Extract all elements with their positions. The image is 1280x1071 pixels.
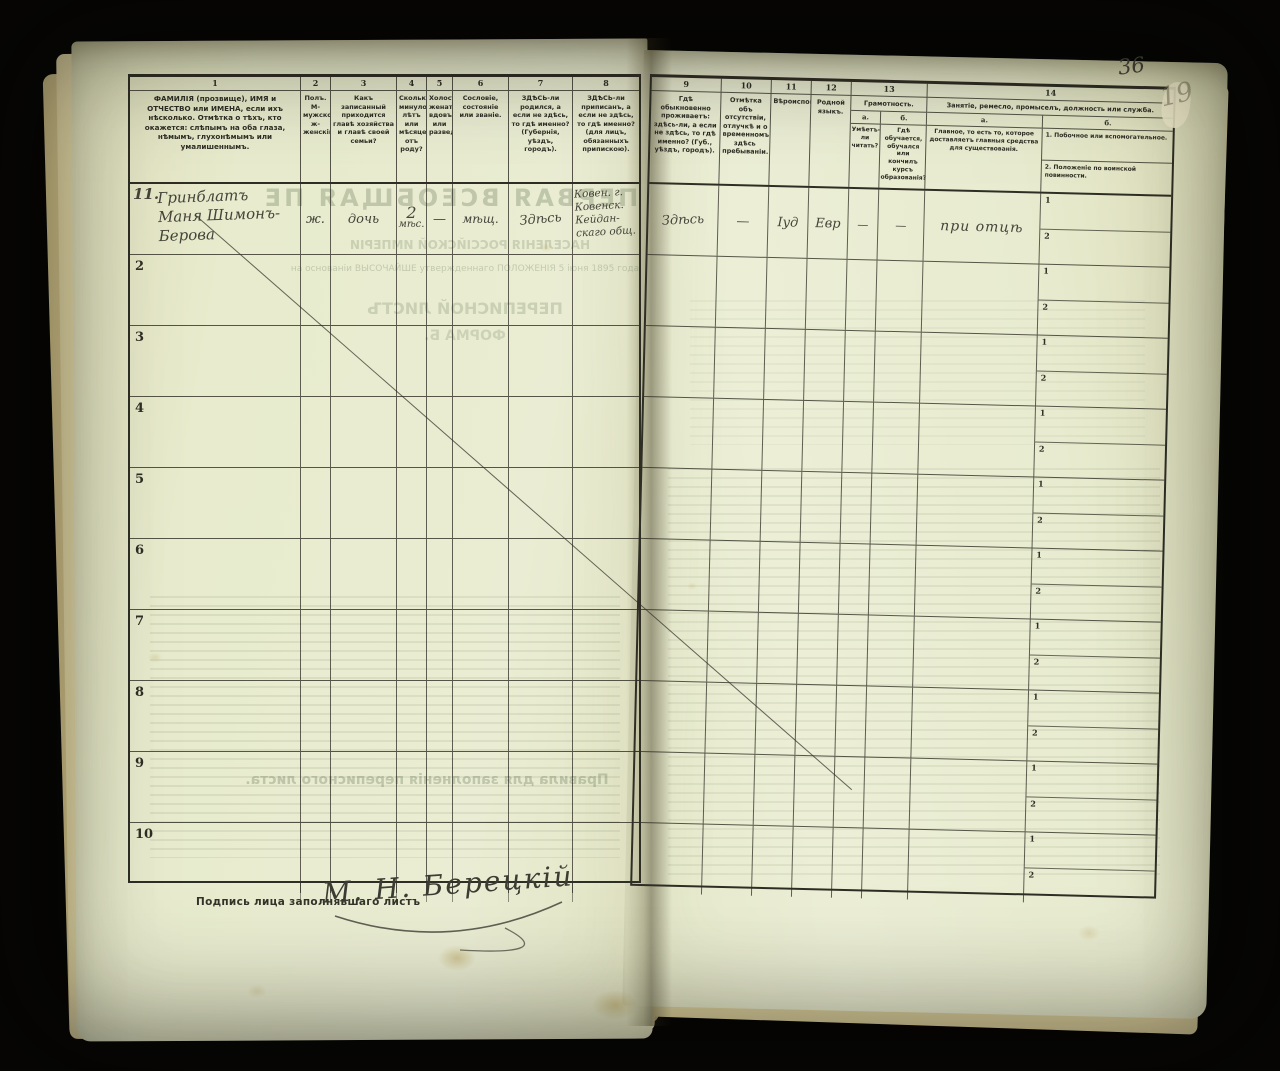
- empty-cell: [757, 613, 799, 684]
- occupation-b1-half: 1: [1030, 619, 1161, 658]
- sub-row-label: 1: [1031, 763, 1037, 773]
- name-cell: 2: [130, 255, 301, 325]
- entry-residence-cell: Здѣсь: [648, 184, 720, 256]
- occupation-b1-half: 1: [1028, 690, 1159, 729]
- column-header-12: 12 Родной языкъ.: [809, 81, 852, 187]
- column-number: 4: [397, 77, 426, 91]
- empty-cell: [797, 614, 839, 685]
- paper-stain: [247, 984, 267, 998]
- empty-cell: [301, 255, 331, 325]
- empty-cell: [573, 752, 639, 822]
- empty-cell: [802, 401, 844, 472]
- occupation-b2-half: 2: [1036, 371, 1167, 409]
- row-number: 7: [130, 612, 144, 629]
- sub-row-label: 2: [1032, 727, 1038, 737]
- empty-cell: [397, 539, 427, 609]
- empty-cell: [397, 752, 427, 822]
- empty-cell: [331, 468, 397, 538]
- literacy-subheaders: Умѣетъ-ли читать? Гдѣ обучается, обучалс…: [849, 124, 926, 189]
- empty-cell: [397, 326, 427, 396]
- entry-occupation-cell: при отцѣ: [924, 191, 1042, 264]
- empty-cell: [453, 681, 509, 751]
- empty-cell: [331, 752, 397, 822]
- column-header-2: 2 Полъ. М-мужской. ж-женскій.: [301, 77, 331, 182]
- name-cell: 7: [130, 610, 301, 680]
- empty-cell: [397, 681, 427, 751]
- column-header-4: 4 Сколько минуло лѣтъ или мѣсяцевъ отъ р…: [397, 77, 427, 182]
- entry-literacy-a: —: [848, 189, 879, 260]
- name-cell: 6: [130, 539, 301, 609]
- literacy-a-text: Умѣетъ-ли читать?: [849, 124, 881, 188]
- census-sheet-scan: ПЕРВАЯ ВСЕОБЩАЯ ПЕ НАСЕЛЕНІЯ РОССІЙСКОЙ …: [0, 0, 1280, 1071]
- sublabel-b: б.: [881, 112, 927, 125]
- empty-cell: [834, 757, 866, 828]
- empty-cell: [918, 404, 1036, 477]
- entry-residence: Здѣсь: [647, 183, 719, 256]
- paper-stain: [1078, 925, 1100, 941]
- column-title: ЗДѢСЬ-ли приписанъ, а если не здѣсь, то …: [573, 91, 639, 182]
- column-header-8: 8 ЗДѢСЬ-ли приписанъ, а если не здѣсь, т…: [573, 77, 639, 182]
- occupation-b-cell: 1 2: [1024, 832, 1156, 905]
- column-header-13-literacy: 13 Грамотность. а. б. Умѣетъ-ли читать? …: [849, 82, 928, 189]
- occupation-b2-half: 2: [1029, 655, 1160, 693]
- empty-cell: [301, 397, 331, 467]
- occupation-b2-half: 2: [1027, 726, 1158, 764]
- entry-marital: —: [427, 184, 452, 254]
- table-row: 1 2: [635, 681, 1159, 765]
- sheet-number: 36: [1117, 52, 1146, 79]
- occupation-b2-half: 2: [1033, 513, 1164, 551]
- table-row: 1 2: [646, 255, 1170, 339]
- table-row: 6: [130, 539, 639, 610]
- empty-cell: [835, 686, 867, 757]
- column-title: Гдѣ обыкновенно проживаетъ: здѣсь-ли, а …: [649, 91, 720, 184]
- empty-cell: [453, 326, 509, 396]
- empty-cell: [755, 684, 797, 755]
- column-number: 6: [453, 77, 508, 91]
- empty-cell: [799, 543, 841, 614]
- empty-cell: [453, 610, 509, 680]
- empty-cell: [644, 326, 716, 398]
- empty-cell: [632, 823, 704, 895]
- empty-cell: [509, 468, 573, 538]
- column-title: ЗДѢСЬ-ли родился, а если не здѣсь, то гд…: [509, 91, 572, 182]
- entry-religion-cell: Іуд: [768, 187, 810, 258]
- occupation-b-cell: 1 2: [1026, 761, 1158, 834]
- occupation-b1-text: 1. Побочное или вспомогательное.: [1042, 129, 1173, 164]
- entry-absence-cell: —: [718, 186, 770, 257]
- empty-cell: [427, 255, 453, 325]
- occupation-b1-half: 1: [1039, 265, 1170, 304]
- entry-religion: Іуд: [768, 187, 809, 258]
- empty-cell: [910, 759, 1028, 832]
- column-number: 11: [772, 80, 811, 95]
- empty-cell: [573, 326, 639, 396]
- handwritten-row-number: 11.: [133, 185, 159, 203]
- empty-cell: [842, 402, 874, 473]
- empty-cell: [876, 261, 924, 332]
- column-title: Отмѣтка объ отсутствіи, отлучкѣ и о врем…: [719, 93, 770, 185]
- empty-cell: [427, 681, 453, 751]
- occupation-b1-half: 1: [1033, 478, 1164, 517]
- column-number: 3: [331, 77, 396, 91]
- table-row-entry: Здѣсь — Іуд Евр — — при отцѣ 1 2: [648, 184, 1172, 268]
- empty-cell: [864, 757, 912, 828]
- entry-registration: Ковен. г. Ковенск. Кейдан- скаго общ.: [574, 185, 637, 240]
- sub-row-label: 1: [1029, 834, 1035, 844]
- occupation-b-cell: 1 2: [1036, 336, 1168, 409]
- empty-cell: [509, 397, 573, 467]
- empty-cell: [641, 468, 713, 540]
- entry-literacy-a-cell: —: [848, 189, 880, 260]
- empty-cell: [709, 541, 761, 612]
- occupation-b2-half: 2: [1034, 442, 1165, 480]
- empty-cell: [922, 262, 1040, 335]
- row-number: 10: [130, 825, 153, 842]
- column-header-1: 1 ФАМИЛІЯ (прозвище), ИМЯ и ОТЧЕСТВО или…: [130, 77, 301, 182]
- column-header-6: 6 Сословіе, состояніе или званіе.: [453, 77, 509, 182]
- empty-cell: [453, 255, 509, 325]
- empty-cell: [646, 255, 718, 327]
- empty-cell: [397, 610, 427, 680]
- sub-row-label: 2: [1044, 230, 1050, 240]
- table-row: 9: [130, 752, 639, 823]
- column-header-14-occupation: 14 Занятіе, ремесло, промыселъ, должност…: [925, 84, 1173, 195]
- occupation-b1-half: 1: [1025, 832, 1156, 871]
- empty-cell: [913, 617, 1031, 690]
- entry-marital-cell: —: [427, 184, 453, 254]
- empty-cell: [453, 468, 509, 538]
- row-number: 3: [130, 328, 144, 345]
- entry-age-cell: 2 мѣс.: [397, 184, 427, 254]
- table-row: 1 2: [642, 397, 1166, 481]
- left-body: 11. Гринблатъ Маня Шимонъ- Берова ж. доч…: [130, 184, 639, 893]
- row-number: 9: [130, 754, 144, 771]
- occupation-subheaders: Главное, то есть то, которое доставляетъ…: [925, 126, 1172, 195]
- empty-cell: [331, 681, 397, 751]
- empty-cell: [331, 610, 397, 680]
- empty-cell: [301, 468, 331, 538]
- occupation-b2-half: 2: [1024, 868, 1155, 906]
- occupation-b-cell: 1 2: [1038, 265, 1170, 338]
- column-header-9: 9 Гдѣ обыкновенно проживаетъ: здѣсь-ли, …: [649, 77, 722, 184]
- table-row: 1 2: [634, 752, 1158, 836]
- empty-cell: [573, 255, 639, 325]
- empty-cell: [301, 681, 331, 751]
- empty-cell: [301, 539, 331, 609]
- empty-cell: [908, 830, 1026, 903]
- table-row: 1 2: [641, 468, 1165, 552]
- empty-cell: [714, 328, 766, 399]
- occupation-b-cell: 1 2: [1029, 619, 1161, 692]
- empty-cell: [832, 828, 864, 899]
- column-title: Какъ записанный приходится главѣ хозяйст…: [331, 91, 396, 182]
- occupation-b-cell: 1 2: [1033, 478, 1165, 551]
- empty-cell: [837, 615, 869, 686]
- table-row-entry: 11. Гринблатъ Маня Шимонъ- Берова ж. доч…: [130, 184, 639, 255]
- name-cell: 8: [130, 681, 301, 751]
- entry-name-line: Берова: [158, 223, 281, 246]
- table-row: 7: [130, 610, 639, 681]
- sub-row-label: 2: [1037, 514, 1043, 524]
- occupation-b1-half: 1: [1026, 761, 1157, 800]
- sub-row-label: 1: [1040, 408, 1046, 418]
- sub-row-label: 2: [1034, 656, 1040, 666]
- empty-cell: [764, 329, 806, 400]
- name-cell: 10: [130, 823, 301, 893]
- paper-stain: [540, 243, 552, 252]
- empty-cell: [846, 260, 878, 331]
- column-header-10: 10 Отмѣтка объ отсутствіи, отлучкѣ и о в…: [719, 79, 772, 185]
- column-number: 5: [427, 77, 452, 91]
- sub-row-label: 1: [1041, 337, 1047, 347]
- row-number: 2: [130, 257, 144, 274]
- name-cell: 4: [130, 397, 301, 467]
- entry-literacy-b-cell: —: [878, 190, 926, 261]
- empty-cell: [331, 539, 397, 609]
- empty-cell: [792, 827, 834, 898]
- paper-stain: [592, 990, 638, 1020]
- empty-cell: [509, 255, 573, 325]
- empty-cell: [862, 828, 910, 899]
- paper-stain: [148, 652, 162, 663]
- empty-cell: [637, 610, 709, 682]
- row-number: 4: [130, 399, 144, 416]
- sub-row-label: 1: [1035, 621, 1041, 631]
- empty-cell: [301, 326, 331, 396]
- empty-cell: [642, 397, 714, 469]
- entry-language: Евр: [808, 188, 849, 259]
- empty-cell: [869, 545, 917, 616]
- empty-cell: [331, 397, 397, 467]
- empty-cell: [804, 330, 846, 401]
- empty-cell: [635, 681, 707, 753]
- column-title: Вѣроисповѣданіе.: [769, 94, 810, 186]
- entry-age-value: 2: [406, 207, 416, 219]
- empty-cell: [573, 823, 639, 893]
- paper-stain: [438, 945, 476, 971]
- occupation-b-cell: 1 2: [1031, 548, 1163, 621]
- empty-cell: [331, 255, 397, 325]
- empty-cell: [762, 400, 804, 471]
- empty-cell: [794, 756, 836, 827]
- row-number: 8: [130, 683, 144, 700]
- table-header-right: 9 Гдѣ обыкновенно проживаетъ: здѣсь-ли, …: [649, 77, 1173, 197]
- entry-sex: ж.: [301, 184, 330, 254]
- empty-cell: [806, 259, 848, 330]
- empty-cell: [573, 681, 639, 751]
- occupation-b1-half: 1: [1037, 336, 1168, 375]
- sub-row-label: 2: [1041, 372, 1047, 382]
- column-header-7: 7 ЗДѢСЬ-ли родился, а если не здѣсь, то …: [509, 77, 573, 182]
- table-row: 2: [130, 255, 639, 326]
- empty-cell: [911, 688, 1029, 761]
- table-row: 5: [130, 468, 639, 539]
- empty-cell: [705, 683, 757, 754]
- empty-cell: [427, 610, 453, 680]
- sub-row-label: 2: [1042, 301, 1048, 311]
- empty-cell: [711, 470, 763, 541]
- entry-relation-cell: дочь: [331, 184, 397, 254]
- empty-cell: [915, 546, 1033, 619]
- entry-name-cell: 11. Гринблатъ Маня Шимонъ- Берова: [130, 184, 301, 254]
- table-row: 3: [130, 326, 639, 397]
- empty-cell: [509, 539, 573, 609]
- empty-cell: [702, 825, 754, 896]
- entry-registration-cell: Ковен. г. Ковенск. Кейдан- скаго общ.: [573, 184, 639, 254]
- column-title: ФАМИЛІЯ (прозвище), ИМЯ и ОТЧЕСТВО или И…: [130, 91, 300, 182]
- name-cell: 9: [130, 752, 301, 822]
- empty-cell: [427, 752, 453, 822]
- literacy-b-text: Гдѣ обучается, обучался или кончилъ курс…: [879, 125, 927, 189]
- entry-sex-cell: ж.: [301, 184, 331, 254]
- entry-registration-line: скаго общ.: [576, 224, 637, 240]
- empty-cell: [712, 399, 764, 470]
- empty-cell: [301, 610, 331, 680]
- occupation-b1-half: 1: [1035, 407, 1166, 446]
- name-cell: 3: [130, 326, 301, 396]
- column-number: 12: [812, 81, 851, 96]
- empty-cell: [301, 752, 331, 822]
- entry-occupation: при отцѣ: [924, 191, 1041, 264]
- paper-stain: [687, 582, 697, 590]
- row-number: 6: [130, 541, 144, 558]
- empty-cell: [573, 397, 639, 467]
- entry-estate-cell: мѣщ.: [453, 184, 509, 254]
- table-row: 4: [130, 397, 639, 468]
- empty-cell: [509, 326, 573, 396]
- column-header-3: 3 Какъ записанный приходится главѣ хозяй…: [331, 77, 397, 182]
- empty-cell: [920, 333, 1038, 406]
- sublabel-a: а.: [851, 111, 881, 124]
- sub-row-label: 1: [1033, 692, 1039, 702]
- column-header-5: 5 Холостъ, женатъ, вдовъ или разведенъ?: [427, 77, 453, 182]
- occupation-b2-half: 2: [1039, 229, 1170, 267]
- name-cell: 5: [130, 468, 301, 538]
- entry-language-cell: Евр: [808, 188, 850, 259]
- column-title: Полъ. М-мужской. ж-женскій.: [301, 91, 330, 182]
- row-number: 5: [130, 470, 144, 487]
- empty-cell: [453, 752, 509, 822]
- column-title: Сколько минуло лѣтъ или мѣсяцевъ отъ род…: [397, 91, 426, 182]
- column-header-11: 11 Вѣроисповѣданіе.: [769, 80, 812, 186]
- table-header-left: 1 ФАМИЛІЯ (прозвище), ИМЯ и ОТЧЕСТВО или…: [130, 77, 639, 184]
- column-number: 1: [130, 77, 300, 91]
- census-table-right: 9 Гдѣ обыкновенно проживаетъ: здѣсь-ли, …: [630, 74, 1176, 899]
- empty-cell: [867, 616, 915, 687]
- sub-row-label: 1: [1043, 266, 1049, 276]
- table-row: 1 2: [644, 326, 1168, 410]
- empty-cell: [427, 397, 453, 467]
- empty-cell: [761, 471, 803, 542]
- column-number: 2: [301, 77, 330, 91]
- occupation-b-texts: 1. Побочное или вспомогательное. 2. Поло…: [1041, 129, 1173, 195]
- empty-cell: [801, 472, 843, 543]
- occupation-b2-half: 2: [1031, 584, 1162, 622]
- entry-absence: —: [718, 186, 769, 257]
- empty-cell: [573, 610, 639, 680]
- empty-cell: [917, 475, 1035, 548]
- empty-cell: [766, 258, 808, 329]
- column-title: Родной языкъ.: [809, 95, 850, 187]
- column-number: 10: [722, 79, 771, 94]
- occupation-a-text: Главное, то есть то, которое доставляетъ…: [925, 126, 1043, 192]
- table-row: 8: [130, 681, 639, 752]
- table-row: 1 2: [637, 610, 1161, 694]
- sub-row-label: 1: [1038, 479, 1044, 489]
- occupation-b-cell: 1 2: [1027, 690, 1159, 763]
- occupation-b-cell: 1 2: [1039, 194, 1171, 267]
- empty-cell: [397, 468, 427, 538]
- empty-cell: [573, 468, 639, 538]
- empty-cell: [427, 326, 453, 396]
- empty-cell: [874, 332, 922, 403]
- empty-cell: [754, 755, 796, 826]
- occupation-b2-half: 2: [1038, 300, 1169, 338]
- empty-cell: [839, 544, 871, 615]
- empty-cell: [509, 610, 573, 680]
- column-title: Сословіе, состояніе или званіе.: [453, 91, 508, 182]
- empty-cell: [397, 255, 427, 325]
- column-number: 8: [573, 77, 639, 91]
- occupation-b1-half: 1: [1040, 194, 1171, 233]
- empty-cell: [634, 752, 706, 824]
- right-body: Здѣсь — Іуд Евр — — при отцѣ 1 2 1 2: [632, 184, 1171, 906]
- entry-age-unit: мѣс.: [399, 219, 425, 231]
- empty-cell: [704, 754, 756, 825]
- sub-row-label: 1: [1045, 195, 1051, 205]
- empty-cell: [752, 826, 794, 897]
- census-table-left: 1 ФАМИЛІЯ (прозвище), ИМЯ и ОТЧЕСТВО или…: [128, 74, 641, 883]
- empty-cell: [716, 257, 768, 328]
- empty-cell: [509, 752, 573, 822]
- empty-cell: [427, 468, 453, 538]
- empty-cell: [707, 612, 759, 683]
- column-number: 7: [509, 77, 572, 91]
- sub-row-label: 2: [1035, 585, 1041, 595]
- table-row: 1 2: [632, 823, 1156, 906]
- sub-row-label: 2: [1030, 798, 1036, 808]
- empty-cell: [331, 326, 397, 396]
- sub-row-label: 1: [1036, 550, 1042, 560]
- empty-cell: [841, 473, 873, 544]
- entry-relation: дочь: [331, 184, 396, 254]
- sub-row-label: 2: [1039, 443, 1045, 453]
- empty-cell: [844, 331, 876, 402]
- table-row: 1 2: [639, 539, 1163, 623]
- empty-cell: [427, 539, 453, 609]
- occupation-b-cell: 1 2: [1034, 407, 1166, 480]
- occupation-b2-text: 2. Положеніе по воинской повинности.: [1041, 161, 1172, 195]
- empty-cell: [871, 474, 919, 545]
- occupation-b1-half: 1: [1032, 548, 1163, 587]
- occupation-b2-half: 2: [1026, 797, 1157, 835]
- empty-cell: [872, 403, 920, 474]
- empty-cell: [759, 542, 801, 613]
- entry-literacy-b: —: [878, 190, 925, 261]
- column-title: Холостъ, женатъ, вдовъ или разведенъ?: [427, 91, 452, 182]
- empty-cell: [865, 686, 913, 757]
- empty-cell: [453, 539, 509, 609]
- entry-estate: мѣщ.: [453, 184, 508, 254]
- empty-cell: [639, 539, 711, 611]
- entry-age: 2 мѣс.: [397, 184, 426, 254]
- empty-cell: [509, 681, 573, 751]
- sub-row-label: 2: [1028, 869, 1034, 879]
- empty-cell: [453, 397, 509, 467]
- empty-cell: [397, 397, 427, 467]
